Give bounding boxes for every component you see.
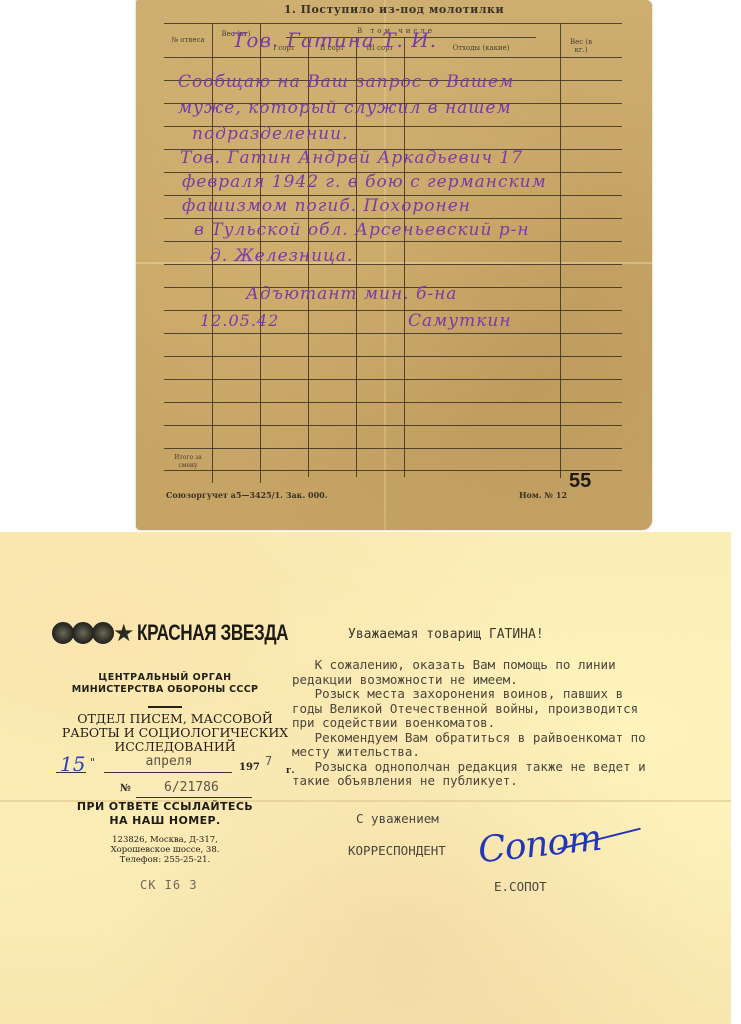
stamp-number: 55 — [569, 470, 591, 493]
code-stamp: СК I6 3 — [140, 878, 198, 892]
reply-note: ПРИ ОТВЕТЕ ССЫЛАЙТЕСЬ — [40, 800, 290, 813]
total-label: Итого за смену — [166, 454, 210, 470]
newspaper-reply-letter: ★ КРАСНАЯ ЗВЕЗДА ЦЕНТРАЛЬНЫЙ ОРГАН МИНИС… — [0, 532, 731, 1024]
handwritten-line: фашизмом погиб. Похоронен — [182, 196, 471, 216]
death-notice-form: 1. Поступило из-под молотилки № отвеса В… — [136, 0, 652, 530]
handwritten-line: муже, который служил в нашем — [178, 98, 512, 118]
handwritten-line: д. Железница. — [210, 246, 353, 266]
letter-date: 15 " апреля 197 7 г. — [54, 754, 304, 778]
phone-line: Телефон: 255-25-21. — [40, 855, 290, 866]
handwritten-line: Сообщаю на Ваш запрос о Вашем — [178, 72, 514, 92]
address-line: 123826, Москва, Д-317, — [40, 835, 290, 846]
date-month: апреля — [114, 754, 224, 769]
date-year-prefix: 197 — [239, 762, 260, 773]
handwritten-line: февраля 1942 г. в бою с германским — [182, 172, 547, 192]
handwritten-signature: Самуткин — [408, 311, 512, 331]
table-rule — [164, 379, 622, 380]
table-rule — [164, 333, 622, 334]
signer-name: Е.СОПОТ — [494, 880, 547, 895]
reference-underline — [136, 797, 252, 798]
date-quote: " — [90, 756, 95, 769]
org-line: ЦЕНТРАЛЬНЫЙ ОРГАН — [40, 672, 290, 683]
handwritten-date: 12.05.42 — [200, 311, 279, 330]
org-line: МИНИСТЕРСТВА ОБОРОНЫ СССР — [40, 684, 290, 695]
table-rule — [164, 356, 622, 357]
handwritten-line: подразделении. — [192, 124, 348, 144]
reference-label: № — [120, 783, 131, 794]
order-medals-icon: ★ — [52, 622, 135, 644]
reply-note: НА НАШ НОМЕР. — [40, 814, 290, 827]
handwritten-line: Тов. Гатин Андрей Аркадьевич 17 — [180, 148, 523, 168]
reference-value: 6/21786 — [164, 780, 219, 795]
handwritten-addressee: Тов. Гатина Т. И. — [232, 28, 437, 52]
form-title: 1. Поступило из-под молотилки — [136, 3, 652, 16]
divider — [148, 706, 182, 708]
handwritten-line: в Тульской обл. Арсеньевский р-н — [194, 220, 530, 240]
newspaper-name: КРАСНАЯ ЗВЕЗДА — [137, 620, 288, 646]
medal-icon — [52, 622, 74, 644]
column-header-weight-right: Вес (в кг.) — [564, 38, 598, 54]
table-rule — [164, 241, 622, 242]
table-rule — [164, 23, 622, 24]
handwritten-line: Адъютант мин. б-на — [246, 284, 457, 304]
table-rule — [164, 425, 622, 426]
table-rule — [164, 57, 622, 58]
medal-icon — [92, 622, 114, 644]
table-column-rule — [560, 23, 561, 478]
print-info: Союзоргучет а5—3425/1. Зак. 000. — [166, 490, 328, 500]
date-year-digit: 7 — [265, 754, 272, 768]
signer-position: КОРРЕСПОНДЕНТ — [348, 844, 446, 859]
column-header-no: № отвеса — [166, 36, 210, 44]
greeting: Уважаемая товарищ ГАТИНА! — [348, 628, 544, 643]
medal-icon — [72, 622, 94, 644]
department-name: РАБОТЫ И СОЦИОЛОГИЧЕСКИХ — [60, 726, 290, 740]
closing: С уважением — [356, 812, 439, 827]
table-rule — [164, 218, 622, 219]
masthead: ★ КРАСНАЯ ЗВЕЗДА — [52, 620, 330, 646]
department-name: ОТДЕЛ ПИСЕМ, МАССОВОЙ — [60, 712, 290, 726]
date-underline — [104, 772, 232, 773]
date-underline — [56, 772, 86, 773]
reference-number: № 6/21786 — [120, 780, 270, 800]
table-rule — [164, 448, 622, 449]
table-rule — [164, 470, 622, 471]
form-number: Ном. № 12 — [519, 490, 567, 500]
column-header-waste: Отходы (какие) — [426, 44, 536, 52]
handwritten-signature: Сопот — [476, 818, 603, 872]
department-name: ИССЛЕДОВАНИЙ — [60, 740, 290, 754]
letter-body: К сожалению, оказать Вам помощь по линии… — [292, 658, 646, 789]
red-star-icon: ★ — [113, 622, 135, 644]
table-rule — [164, 402, 622, 403]
address-line: Хорошевское шоссе, 38. — [40, 845, 290, 856]
